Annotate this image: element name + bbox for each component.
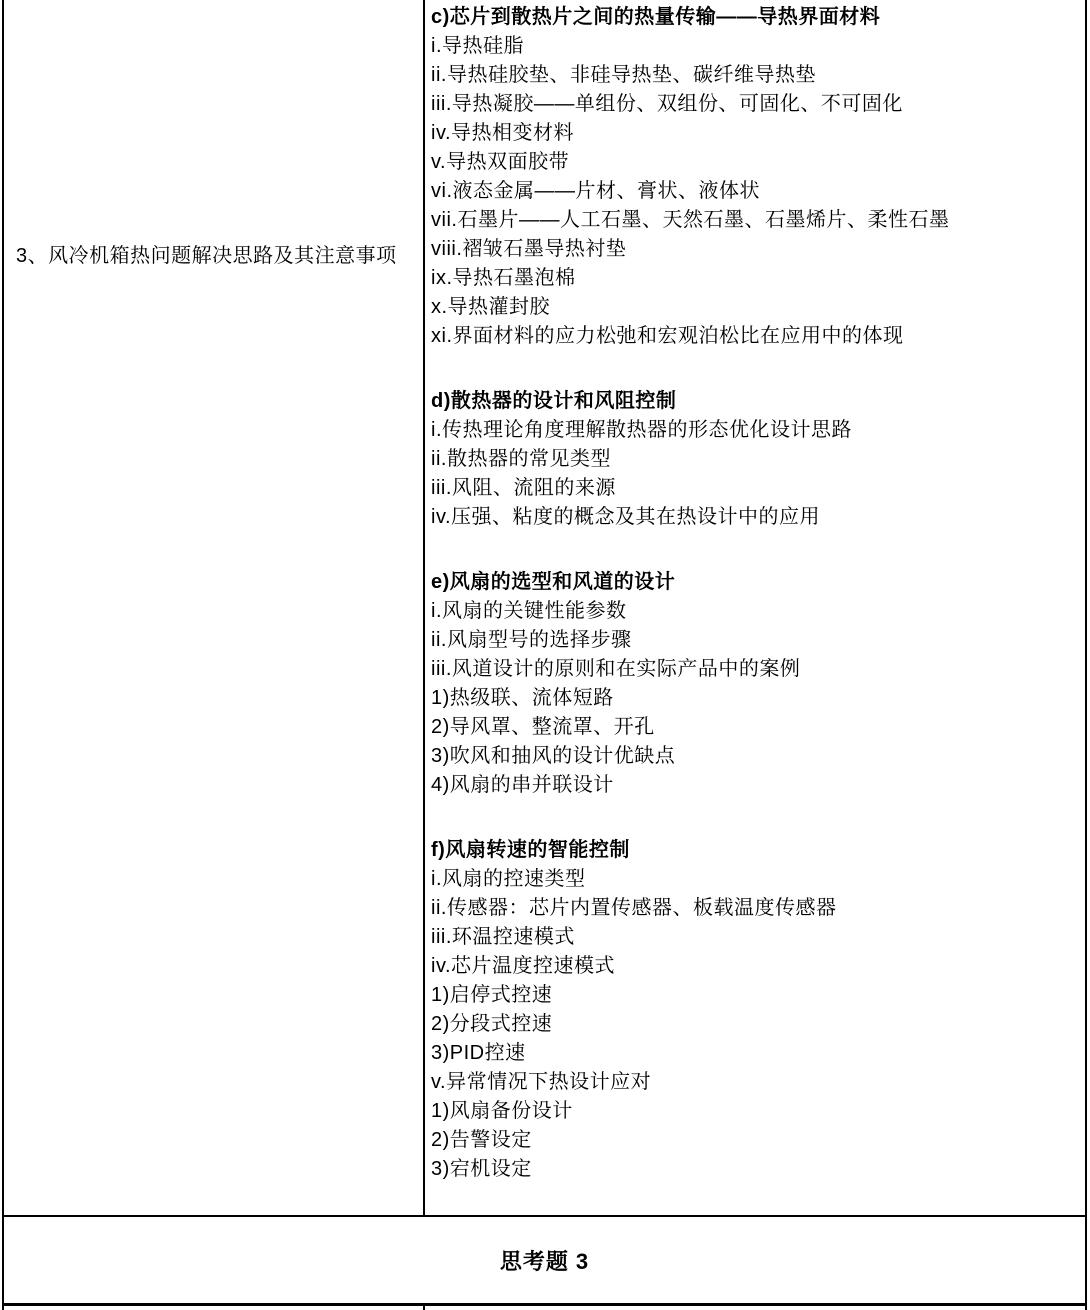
outline-item: iv.芯片温度控速模式 [431, 952, 1079, 981]
outline-section-heading: e)风扇的选型和风道的设计 [431, 568, 1079, 597]
outline-item: ix.导热石墨泡棉 [431, 264, 1079, 293]
outline-section-heading: f)风扇转速的智能控制 [431, 836, 1079, 865]
outline-item: iii.风道设计的原则和在实际产品中的案例 [431, 655, 1079, 684]
outline-item: ii.传感器：芯片内置传感器、板载温度传感器 [431, 894, 1079, 923]
table-column-divider [423, 0, 425, 1215]
outline-item: 2)分段式控速 [431, 1010, 1079, 1039]
outline-section-e: e)风扇的选型和风道的设计 i.风扇的关键性能参数 ii.风扇型号的选择步骤 i… [431, 568, 1079, 800]
outline-item: v.异常情况下热设计应对 [431, 1068, 1079, 1097]
outline-item: v.导热双面胶带 [431, 148, 1079, 177]
topic-title: 3、风冷机箱热问题解决思路及其注意事项 [16, 242, 420, 271]
outline-item: 2)告警设定 [431, 1126, 1079, 1155]
outline-section-d: d)散热器的设计和风阻控制 i.传热理论角度理解散热器的形态优化设计思路 ii.… [431, 387, 1079, 532]
table-column-divider-next-row [423, 1306, 425, 1310]
outline-item: iv.压强、粘度的概念及其在热设计中的应用 [431, 503, 1079, 532]
document-page: 3、风冷机箱热问题解决思路及其注意事项 c)芯片到散热片之间的热量传输——导热界… [0, 0, 1090, 1310]
outline-item: ii.导热硅胶垫、非硅导热垫、碳纤维导热垫 [431, 61, 1079, 90]
table-border-right [1085, 0, 1087, 1310]
outline-item: iii.环温控速模式 [431, 923, 1079, 952]
outline-item: 3)PID控速 [431, 1039, 1079, 1068]
outline-item: ii.风扇型号的选择步骤 [431, 626, 1079, 655]
outline-item: x.导热灌封胶 [431, 293, 1079, 322]
outline-item: i.传热理论角度理解散热器的形态优化设计思路 [431, 416, 1079, 445]
outline-section-f: f)风扇转速的智能控制 i.风扇的控速类型 ii.传感器：芯片内置传感器、板载温… [431, 836, 1079, 1184]
outline-item: iii.导热凝胶——单组份、双组份、可固化、不可固化 [431, 90, 1079, 119]
outline-item: vii.石墨片——人工石墨、天然石墨、石墨烯片、柔性石墨 [431, 206, 1079, 235]
outline-item: 1)风扇备份设计 [431, 1097, 1079, 1126]
review-questions-row: 思考题 3 [4, 1217, 1085, 1303]
outline-section-heading: d)散热器的设计和风阻控制 [431, 387, 1079, 416]
outline-item: i.导热硅脂 [431, 32, 1079, 61]
outline-item: iv.导热相变材料 [431, 119, 1079, 148]
outline-item: i.风扇的控速类型 [431, 865, 1079, 894]
table-row-divider-bottom [2, 1303, 1087, 1306]
outline-item: i.风扇的关键性能参数 [431, 597, 1079, 626]
outline-cell: c)芯片到散热片之间的热量传输——导热界面材料 i.导热硅脂 ii.导热硅胶垫、… [431, 3, 1079, 1213]
outline-item: 1)热级联、流体短路 [431, 684, 1079, 713]
outline-item: 1)启停式控速 [431, 981, 1079, 1010]
review-questions-title: 思考题 3 [500, 1245, 589, 1276]
outline-item: 4)风扇的串并联设计 [431, 771, 1079, 800]
outline-item: vi.液态金属——片材、膏状、液体状 [431, 177, 1079, 206]
outline-item: 3)宕机设定 [431, 1155, 1079, 1184]
outline-section-heading: c)芯片到散热片之间的热量传输——导热界面材料 [431, 3, 1079, 32]
outline-item: viii.褶皱石墨导热衬垫 [431, 235, 1079, 264]
outline-item: 2)导风罩、整流罩、开孔 [431, 713, 1079, 742]
outline-section-c: c)芯片到散热片之间的热量传输——导热界面材料 i.导热硅脂 ii.导热硅胶垫、… [431, 3, 1079, 351]
outline-item: ii.散热器的常见类型 [431, 445, 1079, 474]
topic-cell: 3、风冷机箱热问题解决思路及其注意事项 [4, 0, 423, 1215]
outline-item: 3)吹风和抽风的设计优缺点 [431, 742, 1079, 771]
outline-item: iii.风阻、流阻的来源 [431, 474, 1079, 503]
outline-item: xi.界面材料的应力松弛和宏观泊松比在应用中的体现 [431, 322, 1079, 351]
